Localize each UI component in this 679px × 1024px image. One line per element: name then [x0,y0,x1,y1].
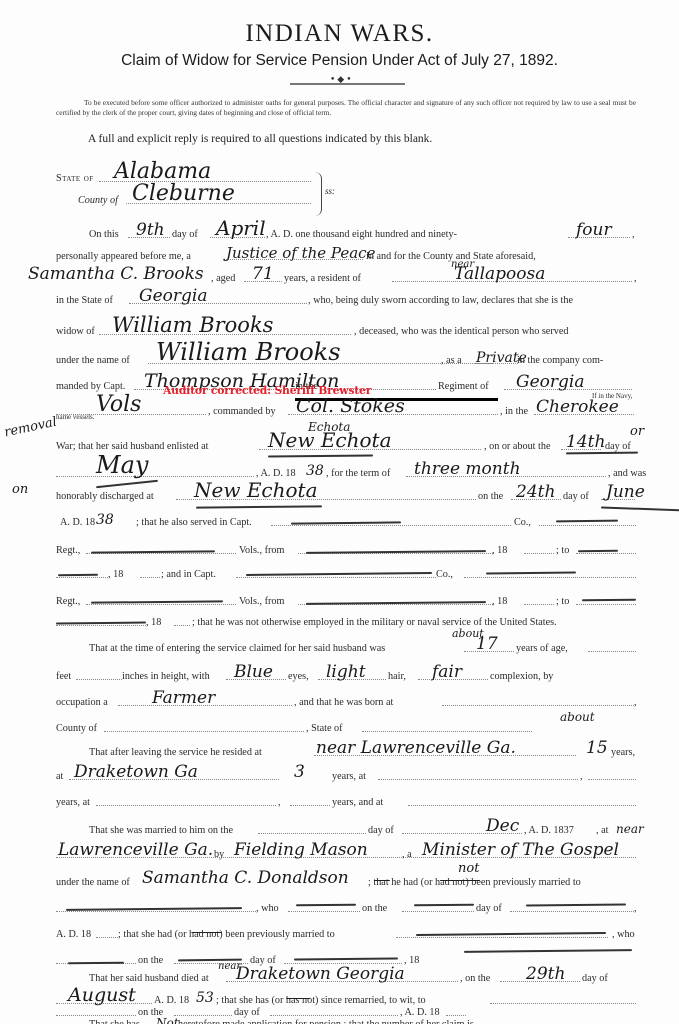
not-otherwise-employed-line: , 18 ; that he was not otherwise employe… [56,610,638,628]
enlistment-month: May [96,451,148,479]
margin-note-on: on [12,482,28,497]
death-day: 29th [526,964,565,984]
discharge-day: 24th [516,482,555,502]
service-name: William Brooks [156,338,341,366]
brace [315,172,322,216]
discharge-year: 38 [96,512,114,528]
marriage-place-line: Lawrenceville Ga. by Fielding Mason , a … [56,842,638,860]
form-title: INDIAN WARS. [0,20,679,48]
occupation-value: Farmer [152,688,215,708]
regiment-line-1: Regt., Vols., from , 18 ; to [56,538,638,556]
form-subtitle: Claim of Widow for Service Pension Under… [0,52,679,70]
regiment-value: Georgia [516,372,584,392]
margin-note-or: or [630,424,644,439]
age-at-enlistment-line: That at the time of entering the service… [56,636,638,654]
ornament-divider [290,83,405,85]
also-served-line: A. D. 18 38 ; that he also served in Cap… [56,510,638,528]
residence-years-2: 3 [294,762,305,782]
state-of-residence-line: in the State of Georgia , who, being dul… [56,288,638,306]
and-in-capt-line: , 18 ; and in Capt. Co., [56,562,638,580]
marriage-month: Dec [486,816,519,836]
residence-state: Georgia [139,286,207,306]
complexion: fair [432,662,462,682]
prior-application: Not [156,1016,179,1024]
death-place-line: That her said husband died at near Drake… [56,966,638,984]
enlistment-age: 17 [476,634,498,654]
residence-2-line: at Draketown Ga 3 years, at , [56,764,638,782]
full-reply-notice: A full and explicit reply is required to… [88,133,432,145]
birth-county-line: County of , State of about [56,716,638,734]
officer-line: personally appeared before me, a Justice… [56,244,638,262]
day-value: 9th [136,220,165,240]
marriage-date-line: That she was married to him on the day o… [56,818,638,836]
residence-years-1: 15 [586,738,608,758]
year-value: four [576,220,612,240]
county-line: County of Cleburne [56,188,638,206]
county-value: Cleburne [132,181,235,206]
discharge-month: June [606,482,645,502]
claimant-name: Samantha C. Brooks [28,264,204,284]
officer-value: Justice of the Peace [226,244,375,262]
enlistment-day: 14th [566,432,605,452]
remarriage-date-line: on the day of , A. D. 18 [56,1006,638,1018]
death-month: August [68,984,136,1006]
discharge-line: honorably discharged at New Echota on th… [56,484,638,502]
regiment-line-2: Regt., Vols., from , 18 ; to [56,589,638,607]
enlistment-year: 38 [306,463,324,479]
death-month-line: August A. D. 18 53 ; that she has (or ha… [56,988,638,1006]
ss-mark: ss: [325,186,335,196]
margin-note-removal: removal [3,415,58,441]
previous-marriage-1-line: , who on the day of , [56,896,638,914]
maiden-name-line: under the name of Samantha C. Donaldson … [56,870,638,888]
claimant-line: Samantha C. Brooks , aged 71 years, a re… [56,266,638,284]
widow-of-line: widow of William Brooks , deceased, who … [56,319,638,337]
maiden-name: Samantha C. Donaldson [142,868,349,888]
occupation-line: occupation a Farmer , and that he was bo… [56,690,638,708]
residence-value: Tallapoosa [454,264,545,284]
enlistment-place: New Echota [268,428,392,452]
previous-marriage-2-line: A. D. 18 ; that she had (or had not) bee… [56,922,638,940]
discharge-place: New Echota [194,478,318,502]
death-year: 53 [196,990,214,1006]
residence-3-line: years, at , years, and at [56,790,638,808]
physical-description-line: feet inches in height, with Blue eyes, l… [56,664,638,682]
service-name-line: under the name of William Brooks , as a … [56,348,638,366]
instructions-text: To be executed before some officer autho… [56,98,636,117]
residence-after-service-2: Draketown Ga [74,762,198,782]
officiant-title: Minister of The Gospel [422,840,619,860]
death-place: Draketown Georgia [236,964,405,984]
term-line: May , A. D. 18 38 , for the term of thre… [56,461,638,479]
enlisted-line: War; that her said husband enlisted at E… [56,434,638,452]
date-line: On this 9th day of April , A. D. one tho… [56,222,638,240]
term-value: three month [414,459,521,479]
hair-color: light [326,662,366,682]
husband-name: William Brooks [112,313,273,337]
officiant-name: Fielding Mason [234,840,368,860]
claimant-age: 71 [252,264,274,284]
eye-color: Blue [234,662,273,682]
pension-application-line: That she has Not heretofore made applica… [56,1018,638,1024]
pension-claim-form: INDIAN WARS. Claim of Widow for Service … [0,0,679,1024]
residence-after-service-1: near Lawrenceville Ga. [316,738,516,758]
marriage-place: Lawrenceville Ga. [58,840,213,860]
residence-after-service-line: That after leaving the service he reside… [56,740,638,758]
month-value: April [216,216,266,240]
